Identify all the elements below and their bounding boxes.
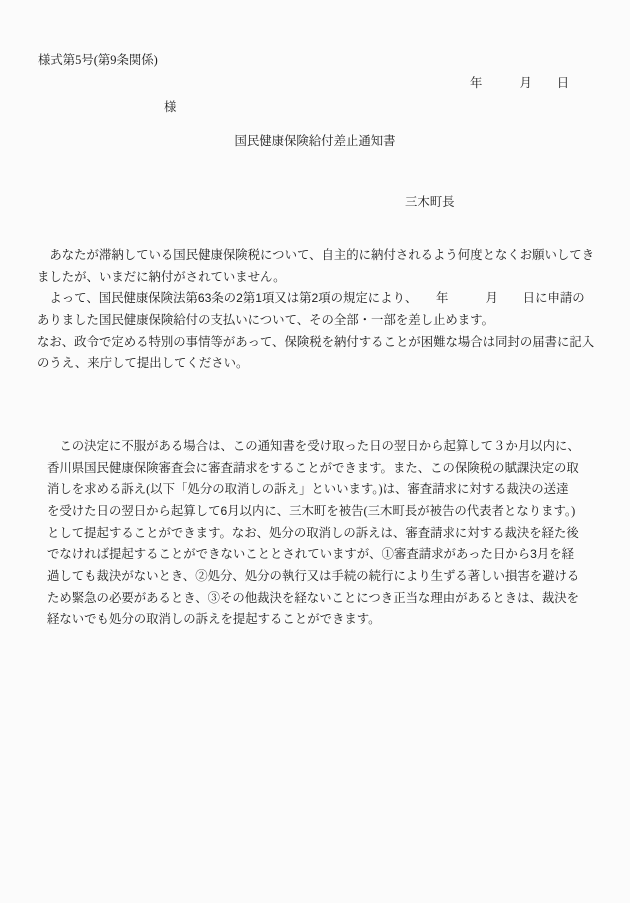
text-line: を受けた日の翌日から起算して6月以内に、三木町を被告(三木町長が被告の代表者とな… bbox=[47, 501, 592, 523]
halfwidth-number: 63 bbox=[198, 291, 211, 305]
document-page: 様式第5号(第9条関係) 年 月 日 様 国民健康保険給付差止通知書 三木町長 … bbox=[0, 0, 630, 903]
text-line: この決定に不服がある場合は、この通知書を受け取った日の翌日から起算して３か月以内… bbox=[47, 436, 592, 458]
text-line: のうえ、来庁して提出してください。 bbox=[37, 353, 603, 375]
halfwidth-number: 3 bbox=[530, 547, 537, 561]
sender-name: 三木町長 bbox=[405, 192, 455, 214]
text-line: 経ないでも処分の取消しの訴えを提起することができます。 bbox=[47, 609, 592, 631]
text-line: なお、政令で定める特別の事情等があって、保険税を納付することが困難な場合は同封の… bbox=[37, 332, 603, 354]
addressee-suffix: 様 bbox=[164, 97, 176, 119]
document-title: 国民健康保険給付差止通知書 bbox=[0, 131, 630, 153]
date-blank-line: 年 月 日 bbox=[470, 73, 569, 95]
halfwidth-number: 1 bbox=[255, 291, 262, 305]
text-line: あなたが滞納している国民健康保険税について、自主的に納付されるよう何度となくお願… bbox=[37, 245, 603, 267]
text-line: でなければ提起することができないこととされていますが、①審査請求があった日から3… bbox=[47, 544, 592, 566]
text-line: ましたが、いまだに納付がされていません。 bbox=[37, 267, 603, 289]
halfwidth-number: 2 bbox=[236, 291, 243, 305]
text-line: ありました国民健康保険給付の支払いについて、その全部・一部を差し止めます。 bbox=[37, 310, 603, 332]
text-line: 過しても裁決がないとき、②処分、処分の執行又は手続の続行により生ずる著しい損害を… bbox=[47, 566, 592, 588]
text-line: として提起することができます。なお、処分の取消しの訴えは、審査請求に対する裁決を… bbox=[47, 523, 592, 545]
halfwidth-number: 2 bbox=[312, 291, 319, 305]
halfwidth-number: 6 bbox=[220, 504, 227, 518]
text-line: 消しを求める訴え(以下「処分の取消しの訴え」といいます。)は、審査請求に対する裁… bbox=[47, 479, 592, 501]
appeal-notice-paragraph: この決定に不服がある場合は、この通知書を受け取った日の翌日から起算して３か月以内… bbox=[47, 436, 592, 631]
text-line: よって、国民健康保険法第63条の2第1項又は第2項の規定により、 年 月 日に申… bbox=[37, 288, 603, 310]
text-line: 香川県国民健康保険審査会に審査請求をすることができます。また、この保険税の賦課決… bbox=[47, 458, 592, 480]
text-line: ため緊急の必要があるとき、③その他裁決を経ないことにつき正当な理由があるときは、… bbox=[47, 588, 592, 610]
form-number-label: 様式第5号(第9条関係) bbox=[38, 50, 158, 72]
main-body-paragraph: あなたが滞納している国民健康保険税について、自主的に納付されるよう何度となくお願… bbox=[37, 245, 603, 375]
